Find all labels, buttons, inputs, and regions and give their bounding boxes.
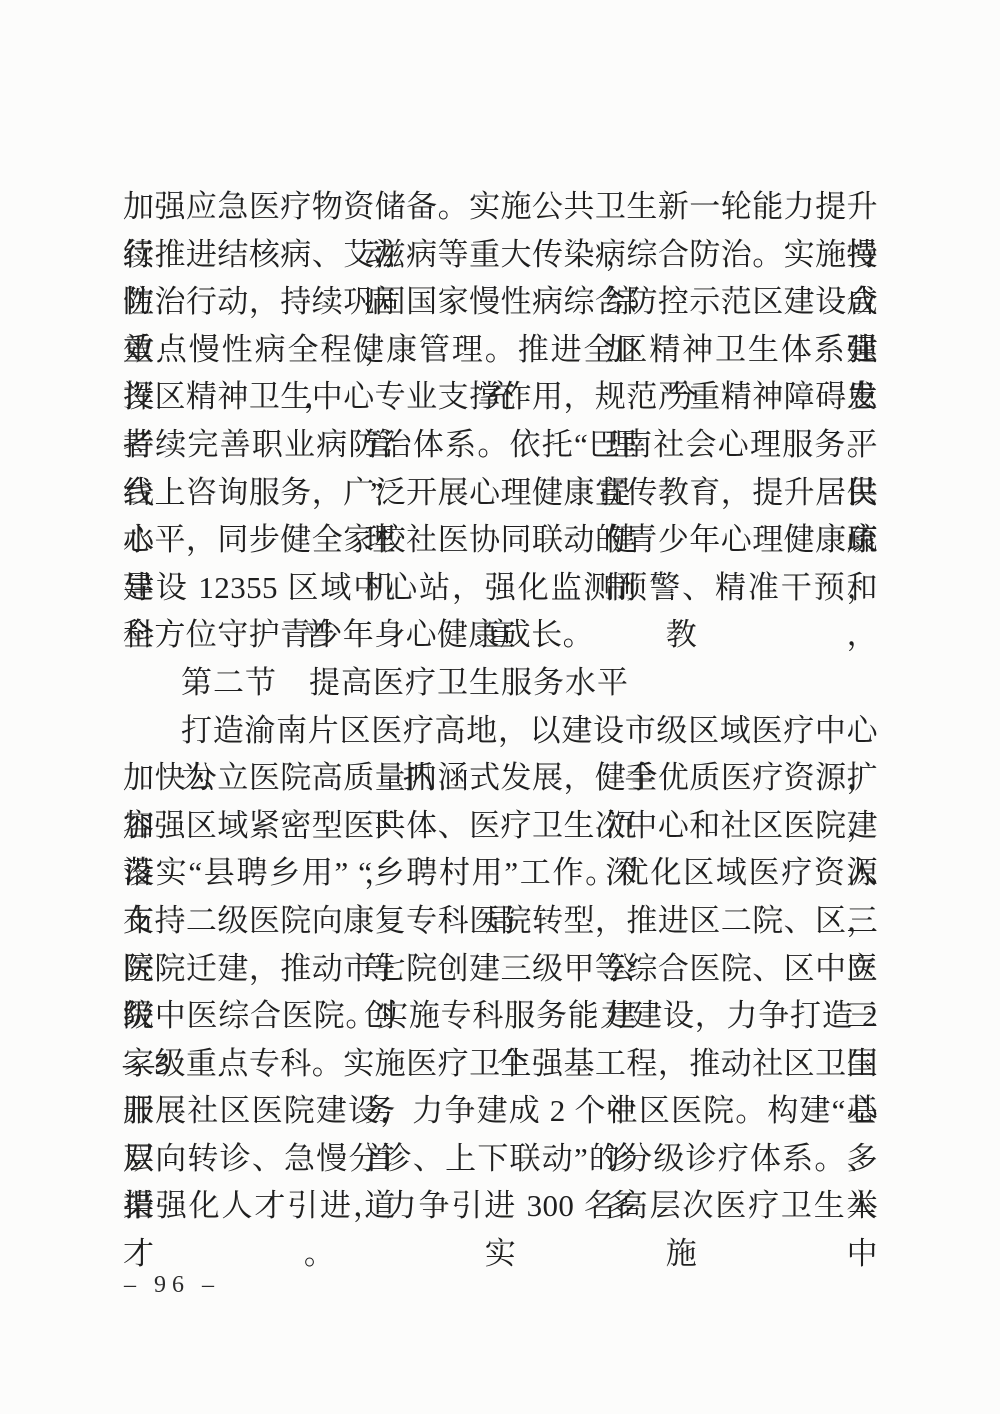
text-line: 挥区精神卫生中心专业支撑作用，规范严重精神障碍患者管理。: [123, 373, 878, 421]
text-line: 落实“县聘乡用” “乡聘村用”工作。优化区域医疗资源布局，: [123, 849, 878, 897]
text-block: 加强应急医疗物资储备。实施公共卫生新一轮能力提升行动，持续推进结核病、艾滋病等重…: [123, 183, 878, 1230]
text-line: 建设 12355 区域中心站，强化监测预警、精准干预和科普宣教，: [123, 564, 878, 612]
text-line: 续推进结核病、艾滋病等重大传染病综合防治。实施慢性病综合: [123, 231, 878, 279]
text-line: 重点慢性病全程健康管理。推进全区精神卫生体系建设，充分发: [123, 326, 878, 374]
text-line: 开展社区医院建设，力争建成 2 个社区医院。构建“基层首诊、: [123, 1087, 878, 1135]
text-line: 支持二级医院向康复专科医院转型，推进区二院、区三院等公立: [123, 897, 878, 945]
text-line: 持续完善职业病防治体系。依托“巴南社会心理服务平台”提供: [123, 421, 878, 469]
text-line: 级中医综合医院。实施专科服务能力建设，力争打造 2—3 个国: [123, 992, 878, 1040]
text-line: 措强化人才引进，力争引进 300 名高层次医疗卫生人才。实施中: [123, 1182, 878, 1230]
text-line: 打造渝南片区医疗高地，以建设市级区域医疗中心为抓手，: [123, 707, 878, 755]
document-page: 加强应急医疗物资储备。实施公共卫生新一轮能力提升行动，持续推进结核病、艾滋病等重…: [0, 0, 1000, 1414]
text-line: 线上咨询服务，广泛开展心理健康宣传教育，提升居民心理健康: [123, 469, 878, 517]
text-line: 双向转诊、急慢分诊、上下联动”的分级诊疗体系。多渠道多举: [123, 1135, 878, 1183]
text-line: 水平，同步健全家校社医协同联动的青少年心理健康疏导机制，: [123, 516, 878, 564]
text-line: 家级重点专科。实施医疗卫生强基工程，推动社区卫生服务中心: [123, 1040, 878, 1088]
page-number: – 96 –: [124, 1272, 220, 1299]
text-line: 防治行动，持续巩固国家慢性病综合防控示范区建设成效，加强: [123, 278, 878, 326]
text-line: 医院迁建，推动市七院创建三级甲等综合医院、区中医院创建三: [123, 945, 878, 993]
section-heading: 第二节 提高医疗卫生服务水平: [123, 659, 878, 707]
text-line: 加强应急医疗物资储备。实施公共卫生新一轮能力提升行动，持: [123, 183, 878, 231]
text-line: 加强区域紧密型医共体、医疗卫生次中心和社区医院建设，深入: [123, 802, 878, 850]
text-line: 加快公立医院高质量内涵式发展，健全优质医疗资源扩容下沉，: [123, 754, 878, 802]
